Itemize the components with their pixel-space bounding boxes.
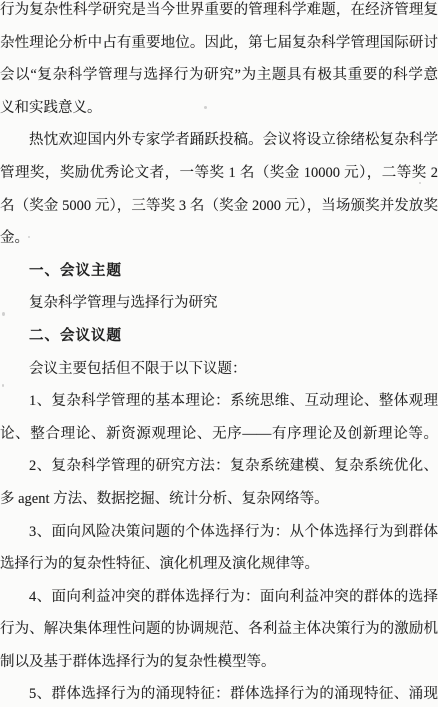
section-heading: 二、会议议题	[0, 320, 438, 353]
text-line: 复杂科学管理与选择行为研究	[0, 287, 438, 320]
scan-speck	[2, 312, 5, 316]
scan-speck	[204, 106, 207, 109]
section-heading: 一、会议主题	[0, 255, 438, 288]
text-line: 杂性理论分析中占有重要地位。因此，第七届复杂科学管理国际研讨	[0, 27, 438, 60]
text-line: 1、复杂科学管理的基本理论：系统思维、互动理论、整体观理	[0, 385, 438, 418]
text-line: 论、整合理论、新资源观理论、无序——有序理论及创新理论等。	[0, 418, 438, 451]
text-line: 2、复杂科学管理的研究方法：复杂系统建模、复杂系统优化、	[0, 450, 438, 483]
text-line: 义和实践意义。	[0, 92, 438, 125]
text-line: 制以及基于群体选择行为的复杂性模型等。	[0, 646, 438, 679]
scan-speck	[2, 384, 4, 387]
text-line: 会以“复杂科学管理与选择行为研究”为主题具有极其重要的科学意	[0, 59, 438, 92]
scan-speck	[419, 182, 421, 184]
text-line: 热忱欢迎国内外专家学者踊跃投稿。会议将设立徐绪松复杂科学	[0, 124, 438, 157]
text-line: 行为、解决集体理性问题的协调规范、各利益主体决策行为的激励机	[0, 613, 438, 646]
text-line: 行为复杂性科学研究是当今世界重要的管理科学难题，在经济管理复	[0, 0, 438, 27]
text-line: 名（奖金 5000 元），三等奖 3 名（奖金 2000 元），当场颁奖并发放奖	[0, 190, 438, 223]
document-text-block: 行为复杂性科学研究是当今世界重要的管理科学难题，在经济管理复杂性理论分析中占有重…	[0, 0, 438, 707]
text-line: 3、面向风险决策问题的个体选择行为：从个体选择行为到群体	[0, 516, 438, 549]
scan-speck	[28, 236, 30, 238]
text-line: 4、面向利益冲突的群体选择行为：面向利益冲突的群体的选择	[0, 581, 438, 614]
text-line: 金。	[0, 222, 438, 255]
document-page: 行为复杂性科学研究是当今世界重要的管理科学难题，在经济管理复杂性理论分析中占有重…	[0, 0, 438, 707]
scan-speck	[411, 527, 413, 529]
text-line: 选择行为的复杂性特征、演化机理及演化规律等。	[0, 548, 438, 581]
text-line: 5、群体选择行为的涌现特征：群体选择行为的涌现特征、涌现	[0, 678, 438, 707]
text-line: 多 agent 方法、数据挖掘、统计分析、复杂网络等。	[0, 483, 438, 516]
text-line: 会议主要包括但不限于以下议题：	[0, 353, 438, 386]
text-line: 管理奖，奖励优秀论文者，一等奖 1 名（奖金 10000 元），二等奖 2	[0, 157, 438, 190]
